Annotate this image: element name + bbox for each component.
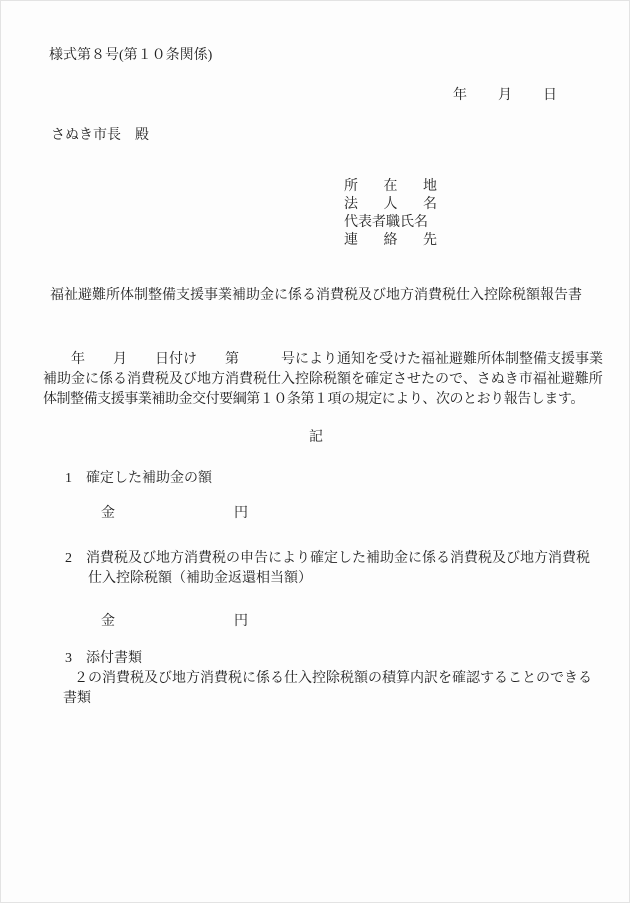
body-paragraph-line-1: 年 月 日付け 第 号により通知を受けた福祉避難所体制整備支援事業 <box>43 352 603 368</box>
date-day-label: 日 <box>543 88 557 104</box>
item-1-heading: 1 確定した補助金の額 <box>65 471 212 487</box>
sender-field-contact: 連絡先 <box>344 232 463 250</box>
sender-field-corporate-name: 法人名 <box>344 196 463 214</box>
item-3-line-3: 書類 <box>63 691 91 707</box>
amount-prefix-label: 金 <box>101 506 115 522</box>
amount-suffix-label: 円 <box>234 614 248 630</box>
date-year-label: 年 <box>453 88 467 104</box>
body-paragraph-line-3: 体制整備支援事業補助金交付要綱第１０条第１項の規定により、次のとおり報告します。 <box>43 392 584 408</box>
body-paragraph-line-2: 補助金に係る消費税及び地方消費税仕入控除税額を確定させたので、さぬき市福祉避難所 <box>43 372 603 388</box>
item-2-line-1: 2 消費税及び地方消費税の申告により確定した補助金に係る消費税及び地方消費税 <box>65 551 590 567</box>
document-title: 福祉避難所体制整備支援事業補助金に係る消費税及び地方消費税仕入控除税額報告書 <box>1 288 630 304</box>
amount-prefix-label: 金 <box>101 614 115 630</box>
item-2-amount-line: 金 円 <box>101 614 248 630</box>
item-2-line-2: 仕入控除税額（補助金返還相当額） <box>88 571 312 587</box>
amount-suffix-label: 円 <box>234 506 248 522</box>
item-1-amount-line: 金 円 <box>101 506 248 522</box>
form-number: 様式第８号(第１０条関係) <box>49 48 212 64</box>
record-heading: 記 <box>1 430 630 446</box>
issue-date-line: 年 月 日 <box>453 88 557 104</box>
document-page: 様式第８号(第１０条関係) 年 月 日 さぬき市長 殿 所在地 法人名 代表者職… <box>0 0 630 903</box>
sender-field-address: 所在地 <box>344 178 463 196</box>
item-3-heading: 3 添付書類 <box>65 651 142 667</box>
item-3-line-2: ２の消費税及び地方消費税に係る仕入控除税額の積算内訳を確認することのできる <box>74 671 592 687</box>
addressee: さぬき市長 殿 <box>51 128 149 144</box>
sender-field-representative-name: 代表者職氏名 <box>344 214 437 232</box>
date-month-label: 月 <box>498 88 512 104</box>
sender-info-block: 所在地 法人名 代表者職氏名 連絡先 <box>344 178 437 250</box>
